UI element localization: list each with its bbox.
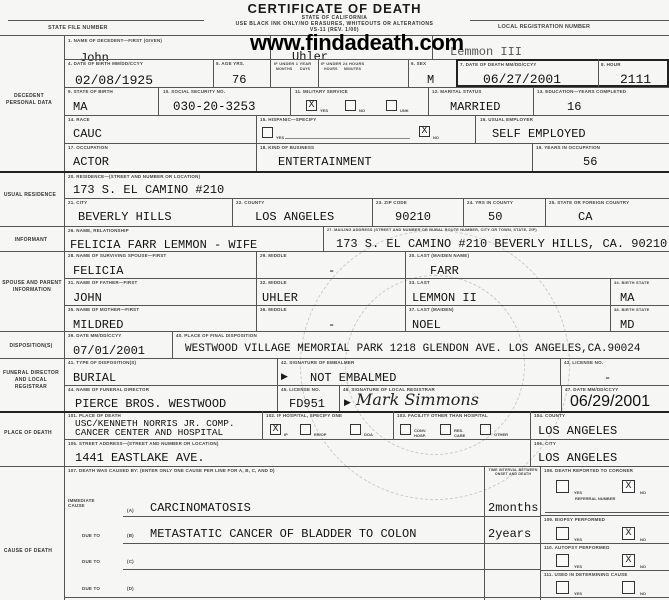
coroner-yes-checkbox[interactable] — [556, 480, 569, 493]
registration-date-label: 47. DATE MM/DD/CCYY — [565, 387, 618, 392]
death-street: 1441 EASTLAKE AVE. — [75, 451, 205, 465]
hispanic-yes-label: YES — [276, 135, 284, 140]
hour-label: 8. HOUR — [601, 62, 621, 67]
informant-name-label: 26. NAME, RELATIONSHIP — [68, 228, 129, 233]
yrs-county-label: 24. YRS IN COUNTY — [467, 200, 513, 205]
father-last-label: 33. LAST — [409, 280, 430, 285]
military-unk-checkbox[interactable] — [386, 100, 397, 111]
determining-yes-checkbox[interactable] — [556, 581, 569, 594]
spouse-middle-name: - — [328, 264, 335, 278]
determining-cause-label: 111. USED IN DETERMINING CAUSE — [544, 572, 628, 577]
arrow-icon: ▶ — [281, 371, 288, 382]
conv-hosp-checkbox[interactable] — [400, 424, 411, 435]
age-label: 5. AGE YRS. — [216, 61, 244, 66]
disposition-place-label: 40. PLACE OF FINAL DISPOSITION — [176, 333, 257, 338]
military-no-checkbox[interactable] — [345, 100, 356, 111]
mother-birth-state-label: 38. BIRTH STATE — [614, 307, 650, 312]
sex: M — [427, 73, 434, 87]
under-1-year-label: IF UNDER 1 YEAR — [274, 61, 311, 66]
sex-label: 6. SEX — [411, 61, 426, 66]
years-in-occupation: 56 — [583, 155, 597, 169]
arrow-icon: ▶ — [344, 397, 351, 408]
res-care-checkbox[interactable] — [440, 424, 451, 435]
mother-first-label: 35. NAME OF MOTHER—FIRST — [68, 307, 139, 312]
education-label: 13. EDUCATION—YEARS COMPLETED — [537, 89, 626, 94]
spouse-last-label: 30. LAST (MAIDEN NAME) — [409, 253, 469, 258]
registration-date: 06/29/2001 — [570, 393, 650, 411]
city-label: 21. CITY — [68, 200, 87, 205]
registrar-signature: Mark Simmons — [356, 390, 479, 409]
death-county: LOS ANGELES — [538, 424, 617, 438]
date-of-death: 06/27/2001 — [483, 72, 561, 87]
military-yes-checkbox[interactable]: X — [306, 100, 317, 111]
conv-hosp-label: CONV. HOSP. — [414, 428, 434, 438]
ssn: 030-20-3253 — [173, 100, 256, 114]
occupation-label: 17. OCCUPATION — [68, 145, 108, 150]
embalmer-license: - — [604, 371, 611, 385]
dod-label: 7. DATE OF DEATH MM/DD/CCYY — [460, 62, 536, 67]
residence-zip: 90210 — [395, 210, 431, 224]
years-in-county: 50 — [488, 210, 502, 224]
referral-number-label: REFERRAL NUMBER — [575, 496, 615, 501]
determining-no-checkbox[interactable] — [622, 581, 635, 594]
interval-label: TIME INTERVAL BETWEEN ONSET AND DEATH — [487, 468, 539, 476]
mother-last-label: 37. LAST (MAIDEN) — [409, 307, 454, 312]
mailing-address-label: 27. MAILING ADDRESS (STREET AND NUMBER O… — [327, 228, 537, 232]
due-to-d-label: DUE TO — [82, 586, 100, 591]
informant-name: FELICIA FARR LEMMON - WIFE — [70, 238, 257, 252]
months-label: MONTHS — [276, 67, 292, 71]
biopsy-yes-label: YES — [574, 537, 582, 542]
marital-label: 12. MARITAL STATUS — [432, 89, 482, 94]
mother-middle-name: - — [328, 318, 335, 332]
military-yes-label: YES — [320, 108, 328, 113]
education: 16 — [567, 100, 581, 114]
disposition-date-label: 39. DATE MM/DD/CCYY — [68, 333, 121, 338]
section-residence: USUAL RESIDENCE — [0, 192, 60, 199]
death-certificate: CERTIFICATE OF DEATH STATE OF CALIFORNIA… — [0, 0, 669, 600]
hispanic-yes-checkbox[interactable] — [262, 127, 273, 138]
embalmer-signature: NOT EMBALMED — [310, 371, 396, 385]
autopsy-no-checkbox[interactable]: X — [622, 554, 635, 567]
minutes-label: MINUTES — [344, 67, 361, 71]
section-cause: CAUSE OF DEATH — [0, 548, 56, 555]
state-file-number-label: STATE FILE NUMBER — [48, 25, 108, 31]
er-op-label: ER/OP — [314, 432, 326, 437]
cause-a: CARCINOMATOSIS — [150, 501, 251, 515]
document-title: CERTIFICATE OF DEATH — [0, 1, 669, 16]
father-birth-state-label: 34. BIRTH STATE — [614, 280, 650, 285]
section-spouse: SPOUSE AND PARENT INFORMATION — [0, 280, 64, 294]
cause-a-interval: 2months — [488, 501, 538, 515]
biopsy-no-checkbox[interactable]: X — [622, 527, 635, 540]
other-label: OTHER — [494, 432, 508, 437]
ip-checkbox[interactable]: X — [270, 424, 281, 435]
residence-county: LOS ANGELES — [255, 210, 334, 224]
section-funeral: FUNERAL DIRECTOR AND LOCAL REGISTRAR — [0, 370, 62, 391]
occupation: ACTOR — [73, 155, 109, 169]
hispanic-no-checkbox[interactable]: X — [419, 126, 430, 137]
due-to-c-label: DUE TO — [82, 559, 100, 564]
birth-state-label: 9. STATE OF BIRTH — [68, 89, 113, 94]
director-license-label: 45. LICENSE NO. — [281, 387, 320, 392]
section-place: PLACE OF DEATH — [0, 430, 56, 437]
place-of-death-line2: CANCER CENTER AND HOSPITAL — [75, 427, 223, 438]
ip-label: IP — [284, 432, 288, 437]
father-middle-label: 32. MIDDLE — [260, 280, 287, 285]
military-no-label: NO — [359, 108, 365, 113]
death-city: LOS ANGELES — [538, 451, 617, 465]
birth-state: MA — [73, 100, 87, 114]
spouse-maiden-name: FARR — [430, 264, 459, 278]
local-registration-label: LOCAL REGISTRATION NUMBER — [498, 24, 590, 30]
hour-of-death: 2111 — [620, 72, 651, 87]
disposition-type-label: 41. TYPE OF DISPOSITION(S) — [68, 360, 136, 365]
license-label: 43. LICENSE NO. — [564, 360, 603, 365]
days-label: DAYS — [300, 67, 310, 71]
autopsy-yes-label: YES — [574, 564, 582, 569]
disposition-date: 07/01/2001 — [73, 344, 145, 358]
death-street-label: 105. STREET ADDRESS—(STREET AND NUMBER O… — [68, 441, 219, 446]
section-disposition: DISPOSITION(S) — [0, 343, 62, 350]
mother-first-name: MILDRED — [73, 318, 123, 332]
biopsy-no-label: NO — [640, 537, 646, 542]
section-informant: INFORMANT — [0, 237, 62, 244]
biopsy-label: 109. BIOPSY PERFORMED — [544, 517, 605, 522]
autopsy-yes-checkbox[interactable] — [556, 554, 569, 567]
father-middle-name: UHLER — [262, 291, 298, 305]
name-label: 1. NAME OF DECEDENT—FIRST (GIVEN) — [68, 38, 162, 43]
years-label: 19. YEARS IN OCCUPATION — [536, 145, 600, 150]
cause-b: METASTATIC CANCER OF BLADDER TO COLON — [150, 527, 416, 541]
autopsy-no-label: NO — [640, 564, 646, 569]
kind-of-business: ENTERTAINMENT — [278, 155, 372, 169]
coroner-yes-label: YES — [574, 490, 582, 495]
business-label: 18. KIND OF BUSINESS — [260, 145, 314, 150]
coroner-no-label: NO — [640, 490, 646, 495]
determining-no-label: NO — [640, 591, 646, 596]
race: CAUC — [73, 127, 102, 141]
age: 76 — [232, 73, 246, 87]
county-label: 22. COUNTY — [236, 200, 265, 205]
employer: SELF EMPLOYED — [492, 127, 586, 141]
disposition-type: BURIAL — [73, 371, 116, 385]
immediate-cause-label: IMMEDIATE CAUSE — [68, 498, 108, 508]
residence-street-label: 20. RESIDENCE—(STREET AND NUMBER OR LOCA… — [68, 174, 200, 179]
ssn-label: 10. SOCIAL SECURITY NO. — [163, 89, 225, 94]
er-op-checkbox[interactable] — [300, 424, 311, 435]
watermark: www.findadeath.com — [250, 30, 464, 56]
mother-birth-state: MD — [620, 318, 634, 332]
marital-status: MARRIED — [450, 100, 500, 114]
date-of-birth: 02/08/1925 — [75, 73, 153, 88]
hours-label: HOURS — [324, 67, 338, 71]
disposition-place: WESTWOOD VILLAGE MEMORIAL PARK 1218 GLEN… — [185, 343, 640, 355]
dob-label: 4. DATE OF BIRTH MM/DD/CCYY — [68, 61, 143, 66]
funeral-director-label: 44. NAME OF FUNERAL DIRECTOR — [68, 387, 149, 392]
cause-b-interval: 2years — [488, 527, 531, 541]
military-unk-label: UNK — [400, 108, 409, 113]
determining-yes-label: YES — [574, 591, 582, 596]
residence-city: BEVERLY HILLS — [78, 210, 172, 224]
funeral-director: PIERCE BROS. WESTWOOD — [75, 397, 226, 411]
father-birth-state: MA — [620, 291, 634, 305]
biopsy-yes-checkbox[interactable] — [556, 527, 569, 540]
cause-d-label: (D) — [127, 586, 134, 591]
father-first-label: 31. NAME OF FATHER—FIRST — [68, 280, 137, 285]
military-label: 11. MILITARY SERVICE — [295, 89, 348, 94]
residence-state: CA — [578, 210, 592, 224]
death-county-label: 104. COUNTY — [534, 413, 565, 418]
other-checkbox[interactable] — [480, 424, 491, 435]
doa-label: DOA — [364, 432, 373, 437]
state-label: 25. STATE OR FOREIGN COUNTRY — [549, 200, 629, 205]
mother-maiden-name: NOEL — [412, 318, 441, 332]
hospital-type-label: 102. IF HOSPITAL, SPECIFY ONE — [266, 413, 342, 418]
coroner-no-checkbox[interactable]: X — [622, 480, 635, 493]
cause-c-label: (C) — [127, 559, 134, 564]
employer-label: 16. USUAL EMPLOYER — [480, 117, 533, 122]
informant-address: 173 S. EL CAMINO #210 BEVERLY HILLS, CA.… — [336, 237, 667, 251]
embalmer-label: 42. SIGNATURE OF EMBALMER — [281, 360, 354, 365]
father-first-name: JOHN — [73, 291, 102, 305]
race-label: 14. RACE — [68, 117, 90, 122]
section-decedent: DECEDENT PERSONAL DATA — [0, 93, 58, 107]
under-24-hours-label: IF UNDER 24 HOURS — [321, 61, 364, 66]
coroner-label: 108. DEATH REPORTED TO CORONER — [544, 468, 633, 473]
hispanic-label: 15. HISPANIC—SPECIFY — [260, 117, 316, 122]
due-to-b-label: DUE TO — [82, 533, 100, 538]
res-care-label: RES. CARE — [454, 428, 474, 438]
doa-checkbox[interactable] — [350, 424, 361, 435]
mother-middle-label: 36. MIDDLE — [260, 307, 287, 312]
death-city-label: 106. CITY — [534, 441, 556, 446]
director-license: FD951 — [289, 397, 325, 411]
spouse-first-name: FELICIA — [73, 264, 123, 278]
cause-a-label: (A) — [127, 508, 134, 513]
spouse-first-label: 28. NAME OF SURVIVING SPOUSE—FIRST — [68, 253, 166, 258]
zip-label: 23. ZIP CODE — [376, 200, 407, 205]
spouse-middle-label: 29. MIDDLE — [260, 253, 287, 258]
facility-label: 103. FACILITY OTHER THAN HOSPITAL — [397, 413, 488, 418]
cause-b-label: (B) — [127, 533, 134, 538]
father-last-name: LEMMON II — [412, 291, 477, 305]
autopsy-label: 110. AUTOPSY PERFORMED — [544, 545, 610, 550]
residence-street: 173 S. EL CAMINO #210 — [73, 183, 224, 197]
hispanic-no-label: NO — [433, 135, 439, 140]
cause-header-label: 107. DEATH WAS CAUSED BY: (ENTER ONLY ON… — [68, 468, 275, 473]
